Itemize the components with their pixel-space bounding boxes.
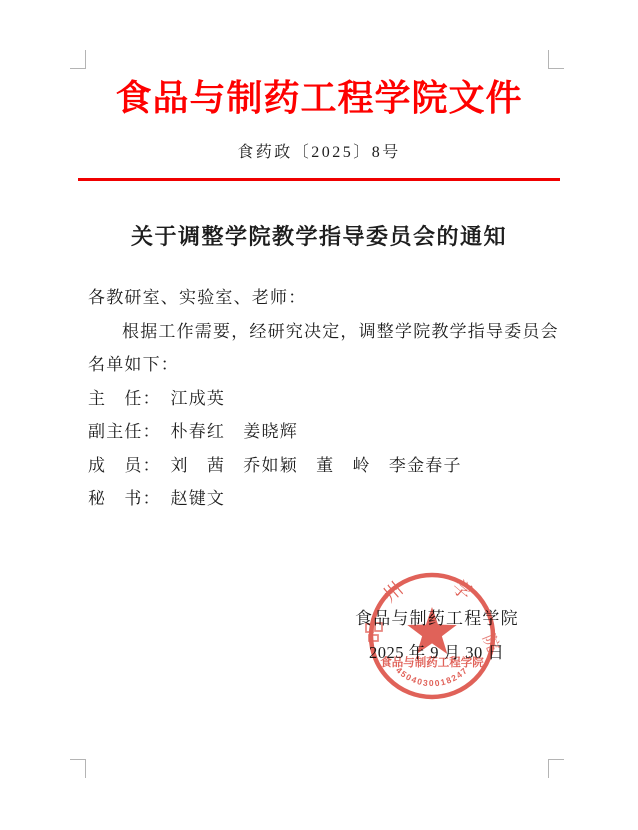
body-paragraph-line-2: 名单如下： [88,348,558,382]
roster-line-secretary: 秘 书： 赵键文 [88,482,558,516]
document-number: 食药政〔2025〕8号 [78,139,560,162]
official-seal: 州 学 院 食品与制药工程学院 4504030018247 [352,556,512,716]
svg-text:4504030018247: 4504030018247 [394,665,470,688]
signature-unit-name: 食品与制药工程学院 [355,604,519,629]
cropmark-bottom-right [548,759,564,778]
document-page: 食品与制药工程学院文件 食药政〔2025〕8号 关于调整学院教学指导委员会的通知… [0,0,638,830]
roster-line-deputy-directors: 副主任： 朴春红 姜晓辉 [88,415,558,449]
roster-line-director: 主 任： 江成英 [88,382,558,416]
red-separator-rule [78,178,560,181]
seal-ring [371,575,493,697]
cropmark-top-left [70,50,86,69]
seal-ring-char-right: 学 [447,576,476,605]
notice-body: 各教研室、实验室、老师： 根据工作需要，经研究决定，调整学院教学指导委员会 名单… [88,281,558,516]
red-header-title: 食品与制药工程学院文件 [78,70,560,121]
roster-line-members: 成 员： 刘 茜 乔如颖 董 岭 李金春子 [88,449,558,483]
cropmark-bottom-left [70,759,86,778]
notice-title: 关于调整学院教学指导委员会的通知 [78,220,560,251]
seal-code-digits: 4504030018247 [394,665,470,688]
seal-ring-char-left: 州 [379,578,408,607]
salutation-line: 各教研室、实验室、老师： [88,281,558,315]
body-paragraph-line-1: 根据工作需要，经研究决定，调整学院教学指导委员会 [88,315,558,349]
cropmark-top-right [548,50,564,69]
signature-date: 2025 年 9 月 30 日 [369,639,504,663]
